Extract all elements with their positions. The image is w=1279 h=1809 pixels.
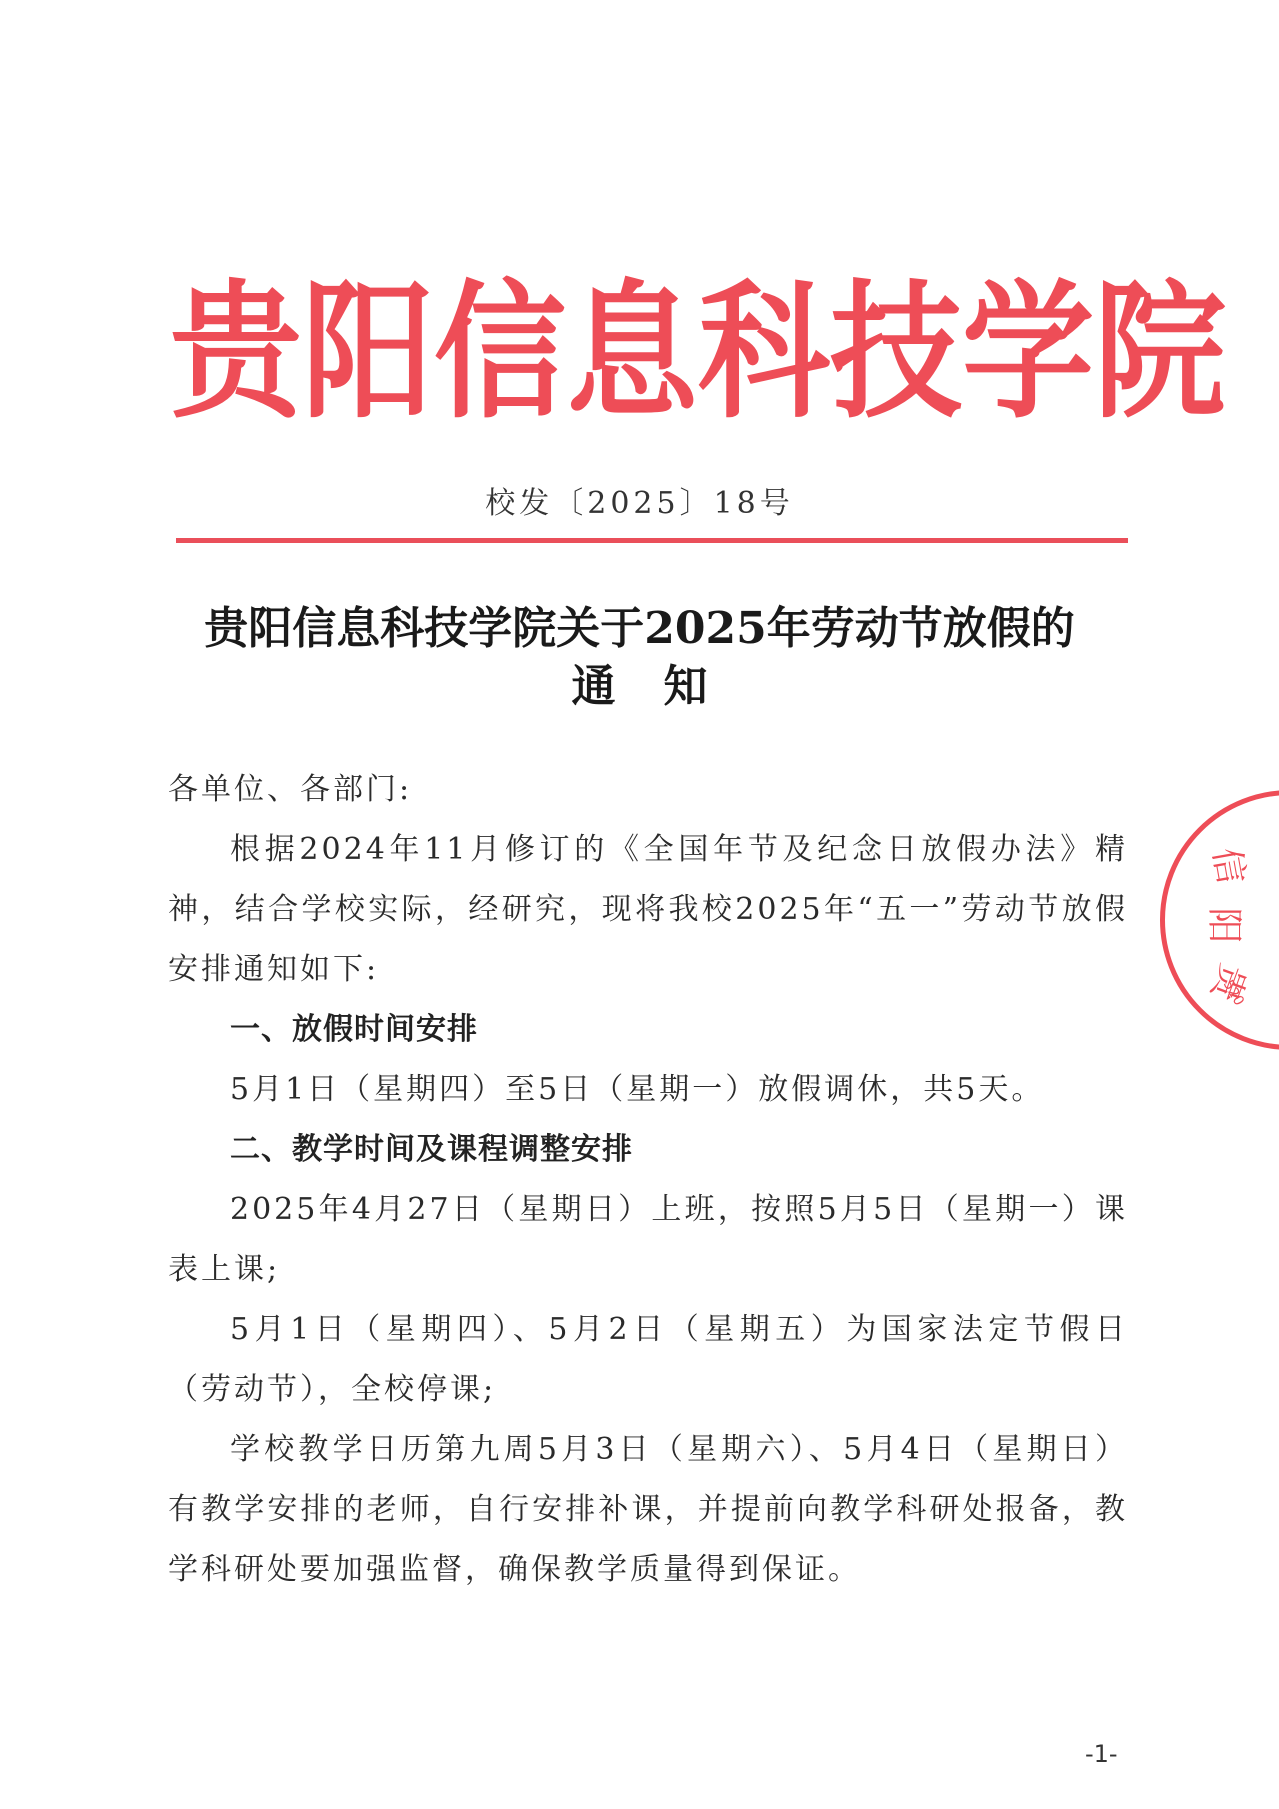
section-2-paragraph: 2025年4月27日（星期日）上班，按照5月5日（星期一）课表上课; [168, 1180, 1128, 1300]
section-2-paragraph: 5月1日（星期四）、5月2日（星期五）为国家法定节假日（劳动节），全校停课; [168, 1300, 1128, 1420]
intro-paragraph: 根据2024年11月修订的《全国年节及纪念日放假办法》精神，结合学校实际，经研究… [168, 820, 1128, 1000]
document-title: 贵阳信息科技学院关于2025年劳动节放假的 通知 [0, 600, 1279, 716]
title-line-2: 通知 [0, 658, 1279, 716]
masthead-char: 信 [434, 279, 566, 427]
masthead-char: 科 [698, 279, 830, 427]
masthead-char: 息 [566, 279, 698, 427]
title-line-1: 贵阳信息科技学院关于2025年劳动节放假的 [0, 600, 1279, 658]
section-1-text: 5月1日（星期四）至5日（星期一）放假调休，共5天。 [168, 1060, 1128, 1120]
masthead-char: 院 [1094, 279, 1226, 427]
masthead-char: 贵 [170, 279, 302, 427]
seal-char: 信 [1203, 843, 1259, 887]
document-number: 校发〔2025〕18号 [0, 478, 1279, 522]
section-1-heading: 一、放假时间安排 [168, 1000, 1128, 1060]
masthead-char: 技 [830, 279, 962, 427]
red-divider-line [176, 538, 1128, 543]
section-2-paragraph: 学校教学日历第九周5月3日（星期六）、5月4日（星期日）有教学安排的老师，自行安… [168, 1420, 1128, 1600]
document-body: 各单位、各部门: 根据2024年11月修订的《全国年节及纪念日放假办法》精神，结… [168, 760, 1128, 1600]
masthead-char: 学 [962, 279, 1094, 427]
seal-char: 阳 [1202, 907, 1253, 943]
salutation: 各单位、各部门: [168, 760, 1128, 820]
masthead-char: 阳 [302, 279, 434, 427]
document-page: 贵 阳 信 息 科 技 学 院 校发〔2025〕18号 贵阳信息科技学院关于20… [0, 0, 1279, 1809]
section-2-heading: 二、教学时间及课程调整安排 [168, 1120, 1128, 1180]
page-number: -1- [1085, 1740, 1118, 1768]
masthead-institution-name: 贵 阳 信 息 科 技 学 院 [170, 268, 1120, 438]
